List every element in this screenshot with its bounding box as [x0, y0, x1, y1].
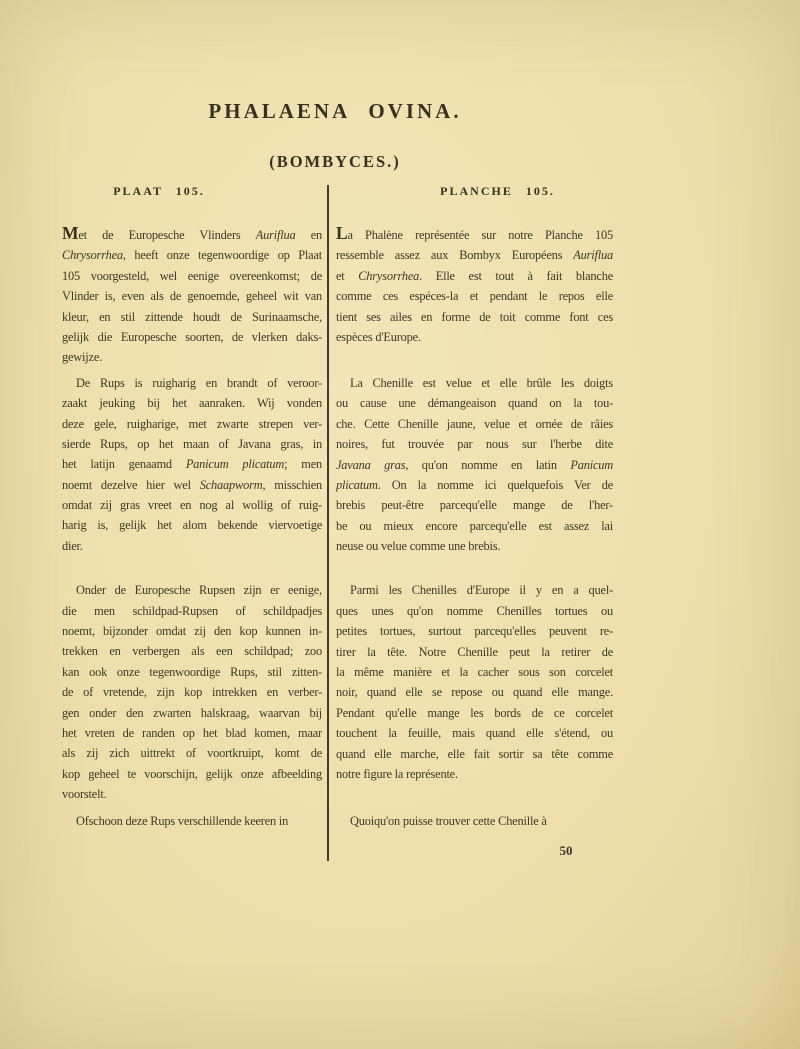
species-name-italic: Auriflua	[256, 228, 296, 242]
text-line: petites tortues, surtout parcequ'elles p…	[336, 621, 613, 641]
text-line: trekken en verbergen als een schildpad; …	[62, 641, 322, 661]
right-column-header: PLANCHE 105.	[359, 183, 636, 199]
paragraph: Met de Europesche Vlinders Auriflua enCh…	[62, 225, 322, 368]
text-line: gen onder den zwarten halskraag, waarvan…	[62, 703, 322, 723]
text-line: Met de Europesche Vlinders Auriflua en	[62, 225, 322, 245]
text-line: noemt, bijzonder omdat zij den kop kunne…	[62, 621, 322, 641]
scanned-book-page: PHALAENA OVINA. (BOMBYCES.) PLAAT 105. M…	[0, 0, 800, 1049]
signature-page-number: 50	[560, 843, 573, 859]
text-line: comme ces espéces-la et pendant le repos…	[336, 286, 613, 306]
text-line: als zij zich uittrekt of voortkruipt, ko…	[62, 743, 322, 763]
left-column-paragraphs: Met de Europesche Vlinders Auriflua enCh…	[62, 225, 322, 831]
text-line: ou cause une démangeaison quand on la to…	[336, 393, 613, 413]
text-line: et Chrysorrhea. Elle est tout à fait bla…	[336, 266, 613, 286]
paragraph: La Phalène représentée sur notre Planche…	[336, 225, 613, 347]
text-line: kleur, en stil zittende houdt de Surinaa…	[62, 307, 322, 327]
text-line: Chrysorrhea, heeft onze tegenwoordige op…	[62, 245, 322, 265]
text-line: zaakt jeuking bij het aanraken. Wij vond…	[62, 393, 322, 413]
text-line: De Rups is ruigharig en brandt of veroor…	[62, 373, 322, 393]
text-line: sierde Rups, op het maan of Javana gras,…	[62, 434, 322, 454]
species-name-italic: Schaapworm	[200, 478, 263, 492]
text-line: Vlinder is, even als de genoemde, geheel…	[62, 286, 322, 306]
text-line: gewijze.	[62, 347, 322, 367]
right-column-paragraphs: La Phalène représentée sur notre Planche…	[336, 225, 613, 831]
species-name-italic: Panicum plicatum	[186, 457, 284, 471]
text-line: espèces d'Europe.	[336, 327, 613, 347]
text-line: 105 voorgesteld, wel eenige overeenkomst…	[62, 266, 322, 286]
text-line: noir, quand elle se repose ou quand elle…	[336, 682, 613, 702]
paragraph: Quoiqu'on puisse trouver cette Chenille …	[336, 811, 613, 831]
text-line: quand elle marche, elle fait sortir sa t…	[336, 744, 613, 764]
paragraph: De Rups is ruigharig en brandt of veroor…	[62, 373, 322, 557]
text-line: plicatum. On la nomme ici quelquefois Ve…	[336, 475, 613, 495]
left-column-header: PLAAT 105.	[29, 183, 289, 199]
text-line: notre figure la représente.	[336, 764, 613, 784]
text-line: omdat zij gras vreet en nog al wollig of…	[62, 495, 322, 515]
text-line: tirer la tête. Notre Chenille peut la re…	[336, 642, 613, 662]
page-title: PHALAENA OVINA.	[55, 99, 615, 124]
species-name-italic: Chrysorrhea	[62, 248, 123, 262]
page-subtitle: (BOMBYCES.)	[55, 152, 615, 172]
species-name-italic: Panicum	[570, 458, 613, 472]
right-column-french: PLANCHE 105. La Phalène représentée sur …	[336, 183, 613, 831]
text-line: deze gele, ruigharige, met zwarte strepe…	[62, 414, 322, 434]
text-line: La Chenille est velue et elle brûle les …	[336, 373, 613, 393]
species-name-italic: Javana gras	[336, 458, 405, 472]
text-line: Pendant qu'elle mange les bords de ce co…	[336, 703, 613, 723]
paragraph: Ofschoon deze Rups verschillende keeren …	[62, 811, 322, 831]
text-line: Javana gras, qu'on nomme en latin Panicu…	[336, 455, 613, 475]
paragraph: Onder de Europesche Rupsen zijn er eenig…	[62, 580, 322, 804]
text-line: de of vretende, zijn kop intrekken en ve…	[62, 682, 322, 702]
text-line: Parmi les Chenilles d'Europe il y en a q…	[336, 580, 613, 600]
species-name-italic: Auriflua	[573, 248, 613, 262]
paragraph: La Chenille est velue et elle brûle les …	[336, 373, 613, 557]
text-line: die men schildpad-Rupsen of schildpadjes	[62, 601, 322, 621]
column-divider-rule	[327, 185, 329, 861]
text-line: La Phalène représentée sur notre Planche…	[336, 225, 613, 245]
text-line: ressemble assez aux Bombyx Européens Aur…	[336, 245, 613, 265]
text-line: Quoiqu'on puisse trouver cette Chenille …	[336, 811, 613, 831]
paragraph: Parmi les Chenilles d'Europe il y en a q…	[336, 580, 613, 784]
text-line: brebis peut-être parcequ'elle mange de l…	[336, 495, 613, 515]
text-line: voorstelt.	[62, 784, 322, 804]
text-line: harig is, gelijk het alom bekende viervo…	[62, 515, 322, 535]
text-line: gelijk die Europesche soorten, de vlerke…	[62, 327, 322, 347]
text-line: noires, fut trouvée par nous sur l'herbe…	[336, 434, 613, 454]
text-line: neuse ou velue comme une brebis.	[336, 536, 613, 556]
text-line: touchent la feuille, mais quand elle s'é…	[336, 723, 613, 743]
left-column-dutch: PLAAT 105. Met de Europesche Vlinders Au…	[62, 183, 322, 831]
species-name-italic: plicatum	[336, 478, 378, 492]
text-line: tient ses ailes en forme de toit comme f…	[336, 307, 613, 327]
text-line: kan ook onze tegenwoordige Rups, stil zi…	[62, 662, 322, 682]
text-line: kop geheel te voorschijn, gelijk onze af…	[62, 764, 322, 784]
text-line: het vreten de randen op het blad komen, …	[62, 723, 322, 743]
text-line: Ofschoon deze Rups verschillende keeren …	[62, 811, 322, 831]
text-line: ques unes qu'on nomme Chenilles tortues …	[336, 601, 613, 621]
species-name-italic: Chrysorrhea	[358, 269, 419, 283]
text-line: che. Cette Chenille jaune, velue et orné…	[336, 414, 613, 434]
text-line: het latijn genaamd Panicum plicatum; men	[62, 454, 322, 474]
text-line: Onder de Europesche Rupsen zijn er eenig…	[62, 580, 322, 600]
text-line: dier.	[62, 536, 322, 556]
text-line: la même manière et la cacher sous son co…	[336, 662, 613, 682]
two-column-layout: PLAAT 105. Met de Europesche Vlinders Au…	[55, 183, 615, 883]
text-line: be ou mieux encore parcequ'elle est asse…	[336, 516, 613, 536]
drop-cap-initial: L	[336, 225, 347, 243]
drop-cap-initial: M	[62, 225, 78, 243]
text-block: PHALAENA OVINA. (BOMBYCES.) PLAAT 105. M…	[55, 0, 615, 1049]
text-line: noemt dezelve hier wel Schaapworm, missc…	[62, 475, 322, 495]
